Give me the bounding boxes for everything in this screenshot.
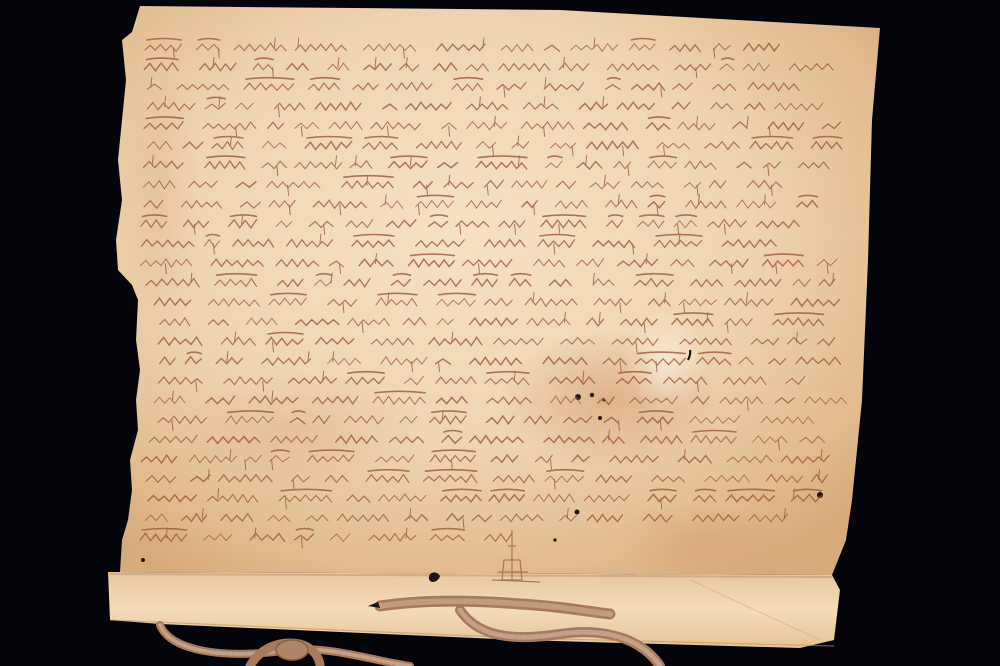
parchment-illustration [0,0,1000,666]
plica-fold [108,572,840,648]
parchment-document [0,0,1000,666]
dark-background [0,0,1000,666]
